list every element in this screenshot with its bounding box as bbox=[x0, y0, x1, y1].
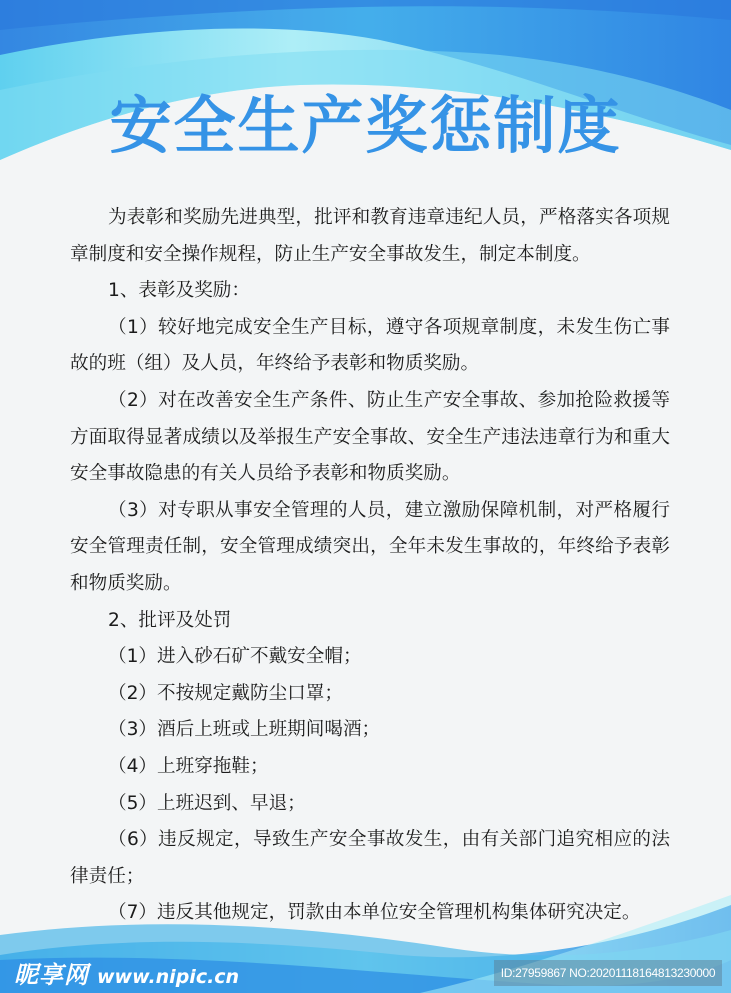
document-body: 为表彰和奖励先进典型，批评和教育违章违纪人员，严格落实各项规章制度和安全操作规程… bbox=[70, 200, 670, 932]
penalty-item-3: （3）酒后上班或上班期间喝酒； bbox=[70, 712, 670, 749]
page-title: 安全生产奖惩制度 bbox=[0, 86, 731, 166]
penalty-item-6: （6）违反规定，导致生产安全事故发生，由有关部门追究相应的法律责任； bbox=[70, 822, 670, 895]
watermark-logo: 昵享网 www.nipic.cn bbox=[14, 955, 239, 990]
reward-item-3: （3）对专职从事安全管理的人员，建立激励保障机制，对严格履行安全管理责任制，安全… bbox=[70, 493, 670, 603]
watermark-brand: 昵享网 bbox=[14, 955, 89, 990]
penalty-item-1: （1）进入砂石矿不戴安全帽； bbox=[70, 639, 670, 676]
section-heading-penalties: 2、批评及处罚 bbox=[70, 603, 670, 640]
intro-paragraph: 为表彰和奖励先进典型，批评和教育违章违纪人员，严格落实各项规章制度和安全操作规程… bbox=[70, 200, 670, 273]
watermark-id: ID:27959867 NO:20201118164813230000 bbox=[494, 960, 722, 986]
section-heading-rewards: 1、表彰及奖励： bbox=[70, 273, 670, 310]
watermark-url: www.nipic.cn bbox=[97, 966, 239, 988]
reward-item-2: （2）对在改善安全生产条件、防止生产安全事故、参加抢险救援等方面取得显著成绩以及… bbox=[70, 383, 670, 493]
penalty-item-2: （2）不按规定戴防尘口罩； bbox=[70, 676, 670, 713]
penalty-item-4: （4）上班穿拖鞋； bbox=[70, 749, 670, 786]
reward-item-1: （1）较好地完成安全生产目标，遵守各项规章制度，未发生伤亡事故的班（组）及人员，… bbox=[70, 310, 670, 383]
penalty-item-5: （5）上班迟到、早退； bbox=[70, 786, 670, 823]
penalty-item-7: （7）违反其他规定，罚款由本单位安全管理机构集体研究决定。 bbox=[70, 895, 670, 932]
